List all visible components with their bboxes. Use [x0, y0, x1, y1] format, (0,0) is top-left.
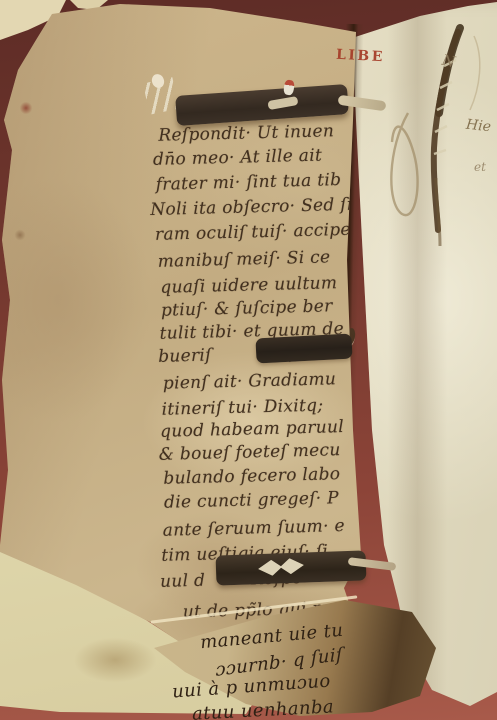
ink-blot-patch: [255, 334, 352, 364]
text-line-8: ptiuſ· & ſuſcipe ber: [161, 296, 333, 320]
text-line-16: die cuncti gregeſ· P: [164, 488, 339, 513]
text-line-6: manibuſ meiſ· Si ce: [157, 247, 330, 272]
text-line-15: bulando fecero labo: [163, 464, 340, 489]
pen-flourish-loop-icon: [391, 113, 417, 215]
faint-pen-mark: et: [474, 160, 486, 174]
text-line-12: itineriſ tui· Dixitq;: [161, 396, 323, 420]
faint-pen-mark: Hie: [465, 117, 492, 136]
page-stain: [60, 630, 170, 690]
text-line-7: quaſi uidere uultum: [160, 273, 337, 298]
text-line-11: pienſ ait· Gradiamu: [163, 369, 337, 394]
rubric-liber: LIBE: [336, 47, 386, 66]
text-line-2: dn̄o meo· At ille ait: [153, 146, 323, 170]
text-line-5: ram oculiſ tuiſ· accipe: [155, 220, 351, 245]
text-line-17: ante ſeruum ſuum· e: [162, 516, 345, 541]
text-line-14: & boueſ foeteſ mecu: [159, 440, 341, 465]
text-line-3: frater mi· ſint tua tib: [155, 170, 341, 195]
text-line-13: quod habeam paruul: [160, 417, 344, 442]
manuscript-photo: N Hie et Reſpondit· Ut inuen dn̄o meo· A…: [0, 0, 497, 720]
text-line-4: Noli ita obſecro· Sed ſi: [150, 195, 353, 220]
quill-feather-drawing-icon: [378, 18, 497, 268]
